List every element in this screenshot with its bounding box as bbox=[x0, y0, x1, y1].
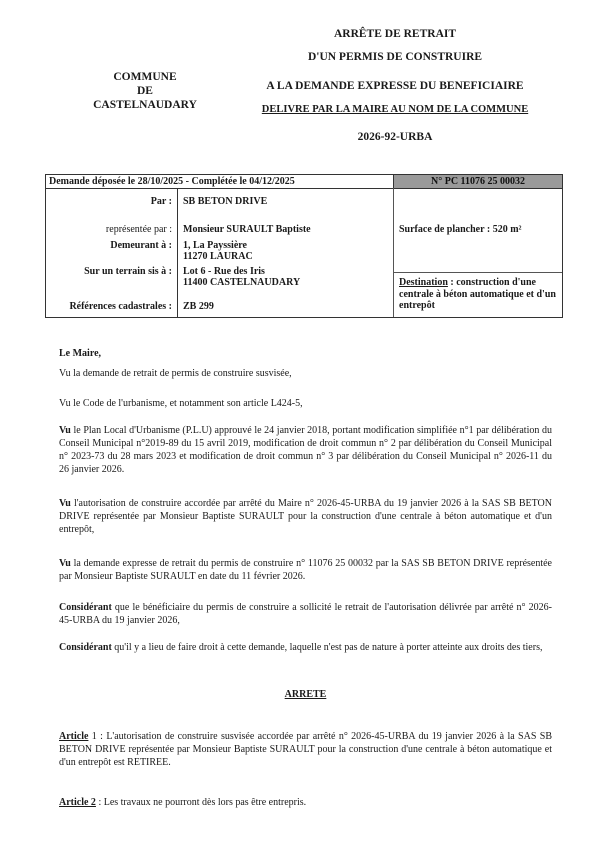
lead: Vu bbox=[59, 498, 71, 509]
label-terrain: Sur un terrain sis à : bbox=[46, 266, 172, 277]
value-par: SB BETON DRIVE bbox=[183, 196, 388, 207]
title-line-1: ARRÊTE DE RETRAIT bbox=[225, 28, 565, 40]
commune-line: DE bbox=[70, 84, 220, 98]
text: L'autorisation de construire susvisée ac… bbox=[59, 731, 552, 768]
text: que le bénéficiaire du permis de constru… bbox=[59, 602, 552, 626]
destination: Destination : construction d'une central… bbox=[399, 277, 559, 312]
text: le Plan Local d'Urbanisme (P.L.U) approu… bbox=[59, 425, 552, 475]
value-line: ZB 299 bbox=[183, 301, 214, 312]
vu-plu: Vu le Plan Local d'Urbanisme (P.L.U) app… bbox=[59, 424, 552, 476]
considerant-2: Considérant qu'il y a lieu de faire droi… bbox=[59, 641, 552, 654]
text: qu'il y a lieu de faire droit à cette de… bbox=[112, 642, 543, 653]
reference-number: 2026-92-URBA bbox=[225, 131, 565, 143]
lead: Considérant bbox=[59, 642, 112, 653]
title-line-2: D'UN PERMIS DE CONSTRUIRE bbox=[225, 51, 565, 63]
value-line: Monsieur SURAULT Baptiste bbox=[183, 224, 311, 235]
request-dates: Demande déposée le 28/10/2025 - Complété… bbox=[49, 175, 295, 188]
article-label: Article bbox=[59, 731, 88, 742]
considerant-1: Considérant que le bénéficiaire du permi… bbox=[59, 601, 552, 627]
label-demeurant: Demeurant à : bbox=[46, 240, 172, 251]
destination-label: Destination bbox=[399, 277, 448, 288]
label-cadastre: Références cadastrales : bbox=[46, 301, 172, 312]
divider bbox=[393, 188, 394, 317]
text: : Les travaux ne pourront dès lors pas ê… bbox=[96, 797, 306, 808]
value-line: 1, La Payssière bbox=[183, 240, 388, 251]
value-representee: Monsieur SURAULT Baptiste bbox=[183, 224, 388, 235]
label-representee: représentée par : bbox=[46, 224, 172, 235]
title-line-4: DELIVRE PAR LA MAIRE AU NOM DE LA COMMUN… bbox=[225, 104, 565, 115]
value-line: 11270 LAURAC bbox=[183, 251, 388, 262]
title-line-3: A LA DEMANDE EXPRESSE DU BENEFICIAIRE bbox=[225, 80, 565, 92]
surface-plancher: Surface de plancher : 520 m² bbox=[399, 224, 559, 236]
table-header-row: Demande déposée le 28/10/2025 - Complété… bbox=[46, 175, 562, 189]
vu-demande-retrait: Vu la demande expresse de retrait du per… bbox=[59, 557, 552, 583]
value-line: Lot 6 - Rue des Iris bbox=[183, 266, 388, 277]
text: la demande expresse de retrait du permis… bbox=[59, 558, 552, 582]
commune-line: COMMUNE bbox=[70, 70, 220, 84]
intro: Le Maire, bbox=[59, 347, 552, 360]
value-cadastre: ZB 299 bbox=[183, 301, 388, 312]
lead: Vu bbox=[59, 558, 71, 569]
article-1: Article 1 : L'autorisation de construire… bbox=[59, 730, 552, 769]
vu-demande: Vu la demande de retrait de permis de co… bbox=[59, 367, 552, 380]
article-2: Article 2 : Les travaux ne pourront dès … bbox=[59, 796, 552, 809]
divider bbox=[393, 272, 562, 273]
article-num: 1 : bbox=[88, 731, 106, 742]
vu-code: Vu le Code de l'urbanisme, et notamment … bbox=[59, 397, 552, 410]
value-line: 11400 CASTELNAUDARY bbox=[183, 277, 388, 288]
article-label: Article 2 bbox=[59, 797, 96, 808]
vu-autorisation: Vu l'autorisation de construire accordée… bbox=[59, 497, 552, 536]
value-demeurant: 1, La Payssière 11270 LAURAC bbox=[183, 240, 388, 262]
value-terrain: Lot 6 - Rue des Iris 11400 CASTELNAUDARY bbox=[183, 266, 388, 288]
value-line: SB BETON DRIVE bbox=[183, 196, 267, 207]
lead: Considérant bbox=[59, 602, 112, 613]
permit-number: N° PC 11076 25 00032 bbox=[393, 175, 562, 188]
divider bbox=[177, 188, 178, 317]
text: l'autorisation de construire accordée pa… bbox=[59, 498, 552, 535]
label-par: Par : bbox=[46, 196, 172, 207]
arrete-heading: ARRETE bbox=[59, 688, 552, 701]
permit-info-table: Demande déposée le 28/10/2025 - Complété… bbox=[45, 174, 563, 318]
commune-block: COMMUNE DE CASTELNAUDARY bbox=[70, 70, 220, 112]
commune-line: CASTELNAUDARY bbox=[70, 98, 220, 112]
lead: Vu bbox=[59, 425, 71, 436]
